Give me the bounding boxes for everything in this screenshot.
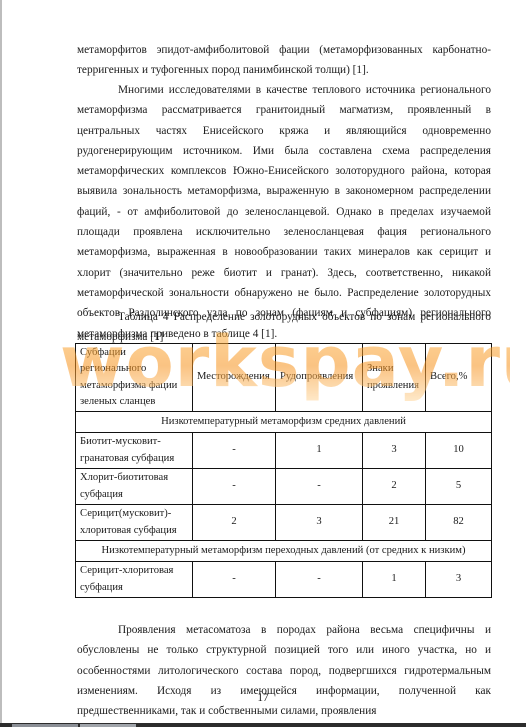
distribution-table: Субфации регионального метаморфизма фаци…: [75, 343, 492, 598]
table-header-row: Субфации регионального метаморфизма фаци…: [76, 344, 492, 412]
paragraph-2: Многими исследователями в качестве тепло…: [77, 80, 491, 344]
header-subfacies: Субфации регионального метаморфизма фаци…: [76, 344, 193, 412]
cell-total: 5: [426, 469, 492, 505]
paragraph-1-line-1: метаморфитов эпидот-амфиболитовой фации …: [77, 40, 491, 60]
table-section-row: Низкотемпературный метаморфизм средних д…: [76, 412, 492, 433]
section-title: Низкотемпературный метаморфизм средних д…: [76, 412, 492, 433]
header-deposits: Месторождения: [193, 344, 276, 412]
paragraph-3: Проявления метасоматоза в породах района…: [77, 620, 491, 721]
cell-deposits: -: [193, 433, 276, 469]
header-signs: Знаки проявления: [363, 344, 426, 412]
section-title: Низкотемпературный метаморфизм переходны…: [76, 541, 492, 562]
viewer-bottom-bar: [0, 723, 526, 727]
viewer-left-edge: [0, 0, 2, 723]
cell-subfacies: Серицит-хлоритовая субфация: [76, 562, 193, 598]
paragraph-1-line-2: терригенных и туфогенных пород панимбинс…: [77, 60, 491, 80]
page-number: 17: [0, 692, 526, 704]
table-row: Биотит-мусковит-гранатовая субфация - 1 …: [76, 433, 492, 469]
cell-deposits: -: [193, 562, 276, 598]
cell-subfacies: Хлорит-биотитовая субфация: [76, 469, 193, 505]
cell-signs: 2: [363, 469, 426, 505]
cell-total: 82: [426, 505, 492, 541]
cell-ore-occurrences: 1: [276, 433, 363, 469]
cell-total: 3: [426, 562, 492, 598]
cell-subfacies: Биотит-мусковит-гранатовая субфация: [76, 433, 193, 469]
table-row: Серицит(мусковит)-хлоритовая субфация 2 …: [76, 505, 492, 541]
header-total-percent: Всего,%: [426, 344, 492, 412]
table-row: Серицит-хлоритовая субфация - - 1 3: [76, 562, 492, 598]
cell-deposits: 2: [193, 505, 276, 541]
header-ore-occurrences: Рудопроявления: [276, 344, 363, 412]
cell-signs: 3: [363, 433, 426, 469]
cell-total: 10: [426, 433, 492, 469]
cell-signs: 1: [363, 562, 426, 598]
cell-subfacies: Серицит(мусковит)-хлоритовая субфация: [76, 505, 193, 541]
table-section-row: Низкотемпературный метаморфизм переходны…: [76, 541, 492, 562]
cell-ore-occurrences: -: [276, 469, 363, 505]
cell-deposits: -: [193, 469, 276, 505]
cell-ore-occurrences: -: [276, 562, 363, 598]
table-caption-text: Таблица 4 Распределение золоторудных объ…: [77, 307, 491, 348]
cell-signs: 21: [363, 505, 426, 541]
table-caption: Таблица 4 Распределение золоторудных объ…: [77, 307, 491, 348]
table-row: Хлорит-биотитовая субфация - - 2 5: [76, 469, 492, 505]
cell-ore-occurrences: 3: [276, 505, 363, 541]
